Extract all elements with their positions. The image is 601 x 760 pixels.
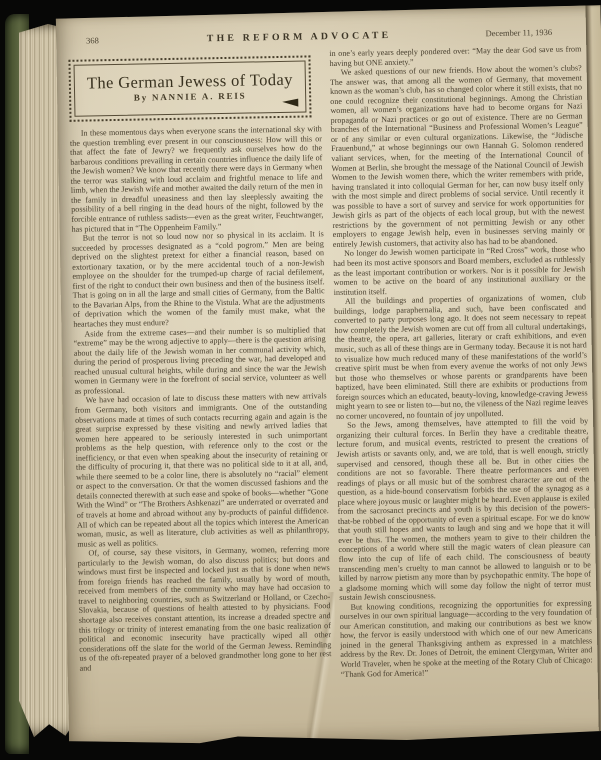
article-title-box: The German Jewess of Today By NANNIE A. …	[68, 55, 311, 122]
page-number: 368	[86, 34, 156, 45]
article-paragraph: Of, of course, say these visitors, in Ge…	[77, 544, 331, 673]
magazine-page: 368 THE REFORM ADVOCATE December 11, 193…	[56, 5, 601, 747]
article-paragraph: Aside from the extreme cases—and their n…	[73, 325, 326, 396]
article-paragraph: We have had occasion of late to discuss …	[75, 392, 330, 549]
article-paragraph: All the buildings and properties of orga…	[334, 293, 588, 422]
article-column-right: in one’s early years deeply pondered ove…	[329, 44, 593, 679]
issue-date: December 11, 1936	[442, 27, 552, 39]
pennant-flag-icon	[282, 99, 298, 107]
article-column-left: The German Jewess of Today By NANNIE A. …	[68, 49, 332, 684]
article-columns: The German Jewess of Today By NANNIE A. …	[56, 37, 598, 684]
article-title: The German Jewess of Today	[81, 75, 299, 89]
photographed-book-spread: { "page": { "page_number": "368", "journ…	[0, 0, 601, 760]
article-byline: By NANNIE A. REIS	[81, 90, 299, 104]
page-content: 368 THE REFORM ADVOCATE December 11, 193…	[56, 5, 599, 747]
article-title-box-inner: The German Jewess of Today By NANNIE A. …	[74, 60, 307, 116]
article-paragraph: In these momentous days when everyone sc…	[70, 124, 324, 234]
article-paragraph: But knowing conditions, recognizing the …	[339, 598, 592, 679]
article-paragraph: But the terror is not so loud now nor so…	[72, 229, 326, 329]
article-paragraph: So the Jews, among themselves, have atte…	[336, 417, 591, 603]
article-paragraph: We asked questions of our new friends. H…	[330, 64, 585, 250]
article-paragraph: No longer do Jewish women participate in…	[333, 245, 586, 297]
